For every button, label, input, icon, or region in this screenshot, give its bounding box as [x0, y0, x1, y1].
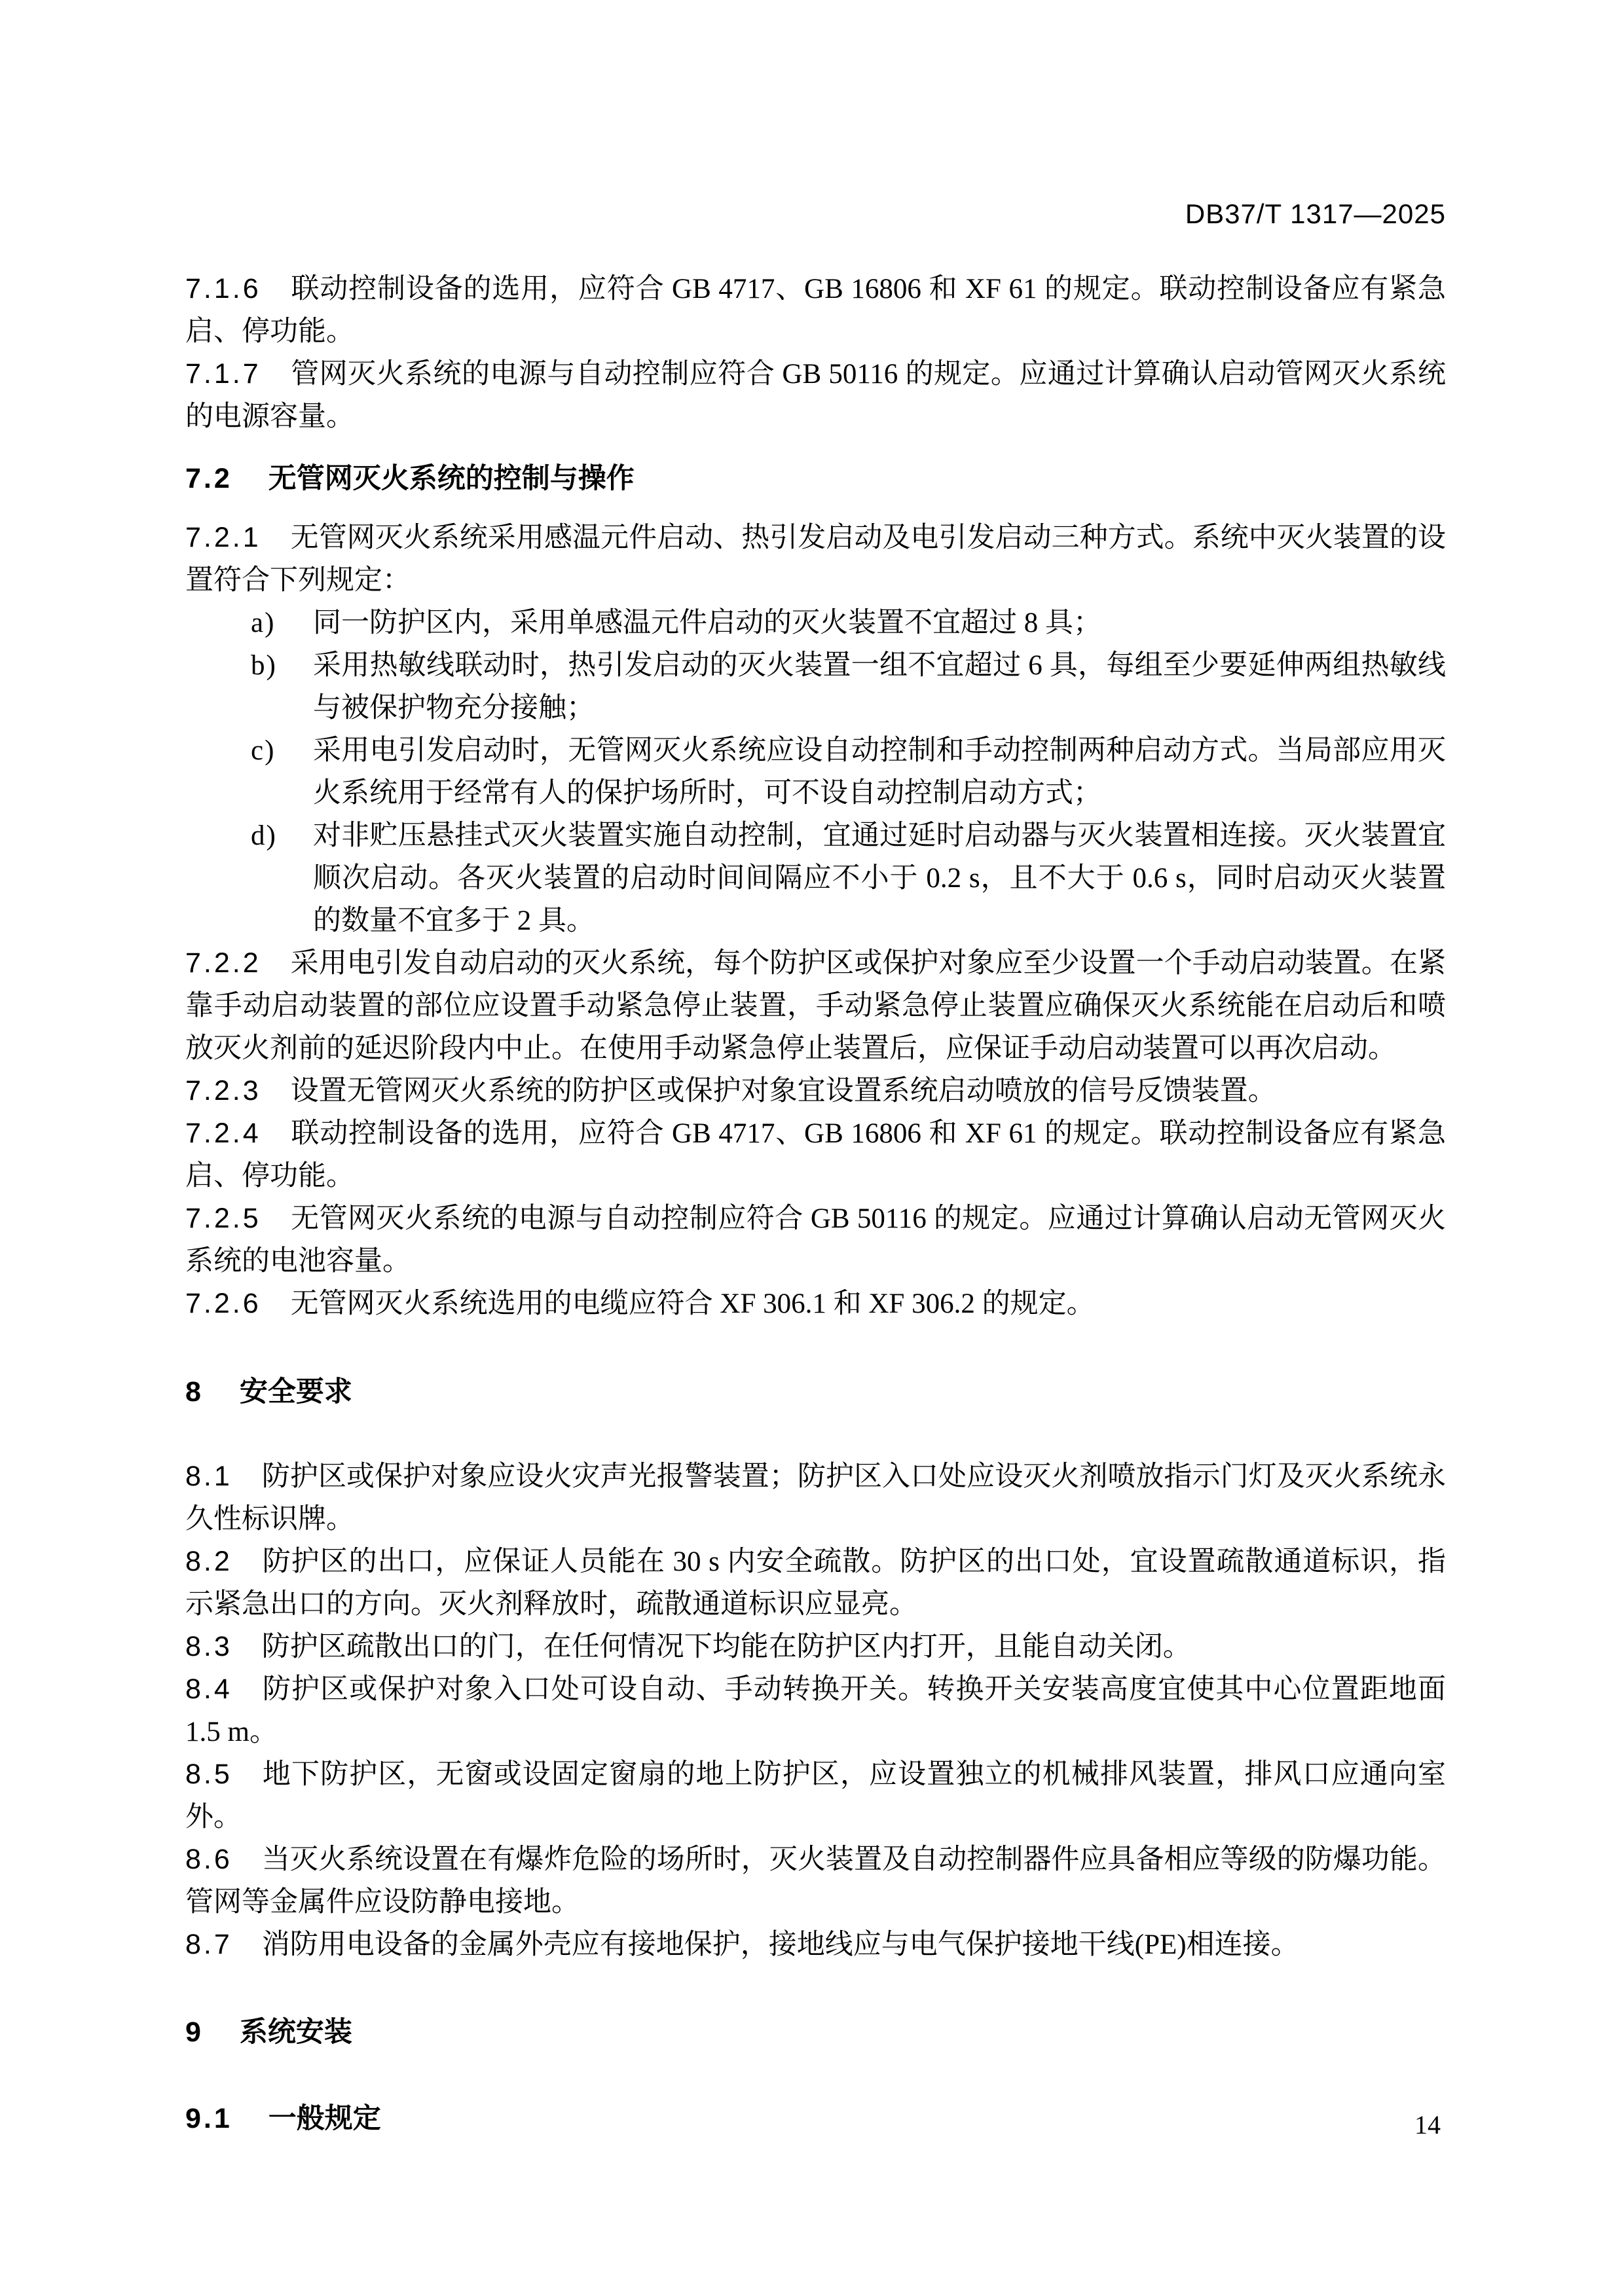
- clause-7-2-6: 7.2.6无管网灭火系统选用的电缆应符合 XF 306.1 和 XF 306.2…: [185, 1283, 1446, 1325]
- clause-8-5: 8.5地下防护区，无窗或设固定窗扇的地上防护区，应设置独立的机械排风装置，排风口…: [185, 1753, 1446, 1838]
- clause-text: 联动控制设备的选用，应符合 GB 4717、GB 16806 和 XF 61 的…: [185, 274, 1446, 347]
- list-label: d): [251, 814, 277, 857]
- clause-number: 7.2.5: [185, 1203, 261, 1234]
- clause-text: 防护区或保护对象入口处可设自动、手动转换开关。转换开关安装高度宜使其中心位置距地…: [185, 1674, 1446, 1747]
- list-item-b: b)采用热敏线联动时，热引发启动的灭火装置一组不宜超过 6 具，每组至少要延伸两…: [185, 644, 1446, 729]
- clause-text: 防护区或保护对象应设火灾声光报警装置；防护区入口处应设灭火剂喷放指示门灯及灭火系…: [185, 1461, 1446, 1535]
- list-item-c: c)采用电引发启动时，无管网灭火系统应设自动控制和手动控制两种启动方式。当局部应…: [185, 729, 1446, 814]
- heading-9: 9系统安装: [185, 2011, 1446, 2054]
- list-label: a): [251, 602, 275, 644]
- heading-number: 7.2: [185, 463, 232, 494]
- clause-number: 8.1: [185, 1461, 232, 1492]
- clause-number: 8.3: [185, 1631, 232, 1662]
- list-text: 对非贮压悬挂式灭火装置实施自动控制，宜通过延时启动器与灭火装置相连接。灭火装置宜…: [313, 820, 1446, 936]
- clause-text: 防护区疏散出口的门，在任何情况下均能在防护区内打开，且能自动关闭。: [262, 1631, 1191, 1662]
- clause-number: 7.2.6: [185, 1288, 261, 1319]
- clause-number: 7.2.1: [185, 522, 261, 553]
- clause-number: 8.4: [185, 1673, 232, 1705]
- list-item-d: d)对非贮压悬挂式灭火装置实施自动控制，宜通过延时启动器与灭火装置相连接。灭火装…: [185, 814, 1446, 942]
- clause-7-2-2: 7.2.2采用电引发自动启动的灭火系统，每个防护区或保护对象应至少设置一个手动启…: [185, 942, 1446, 1070]
- list-label: b): [251, 644, 277, 687]
- clause-8-2: 8.2防护区的出口，应保证人员能在 30 s 内安全疏散。防护区的出口处，宜设置…: [185, 1540, 1446, 1626]
- list-text: 采用电引发启动时，无管网灭火系统应设自动控制和手动控制两种启动方式。当局部应用灭…: [313, 735, 1446, 809]
- heading-text: 安全要求: [240, 1376, 352, 1408]
- clause-text: 防护区的出口，应保证人员能在 30 s 内安全疏散。防护区的出口处，宜设置疏散通…: [185, 1546, 1446, 1620]
- clause-7-2-4: 7.2.4联动控制设备的选用，应符合 GB 4717、GB 16806 和 XF…: [185, 1112, 1446, 1197]
- heading-number: 9: [185, 2016, 204, 2048]
- heading-9-1: 9.1一般规定: [185, 2098, 1446, 2140]
- clause-number: 8.6: [185, 1844, 232, 1875]
- list-item-a: a)同一防护区内，采用单感温元件启动的灭火装置不宜超过 8 具；: [185, 602, 1446, 644]
- document-body: 7.1.6联动控制设备的选用，应符合 GB 4717、GB 16806 和 XF…: [185, 268, 1446, 2140]
- clause-number: 8.2: [185, 1546, 232, 1577]
- clause-8-1: 8.1防护区或保护对象应设火灾声光报警装置；防护区入口处应设灭火剂喷放指示门灯及…: [185, 1455, 1446, 1540]
- heading-8: 8安全要求: [185, 1371, 1446, 1413]
- heading-text: 无管网灭火系统的控制与操作: [268, 463, 635, 494]
- heading-number: 9.1: [185, 2103, 232, 2134]
- heading-text: 系统安装: [240, 2016, 352, 2048]
- clause-number: 7.2.2: [185, 947, 261, 979]
- clause-text: 当灭火系统设置在有爆炸危险的场所时，灭火装置及自动控制器件应具备相应等级的防爆功…: [185, 1844, 1446, 1918]
- clause-text: 地下防护区，无窗或设固定窗扇的地上防护区，应设置独立的机械排风装置，排风口应通向…: [185, 1759, 1446, 1832]
- clause-8-7: 8.7消防用电设备的金属外壳应有接地保护，接地线应与电气保护接地干线(PE)相连…: [185, 1923, 1446, 1966]
- clause-text: 无管网灭火系统采用感温元件启动、热引发启动及电引发启动三种方式。系统中灭火装置的…: [185, 522, 1446, 596]
- clause-text: 无管网灭火系统选用的电缆应符合 XF 306.1 和 XF 306.2 的规定。: [291, 1288, 1095, 1319]
- heading-7-2: 7.2无管网灭火系统的控制与操作: [185, 458, 1446, 500]
- list-text: 采用热敏线联动时，热引发启动的灭火装置一组不宜超过 6 具，每组至少要延伸两组热…: [313, 650, 1446, 723]
- clause-number: 7.2.3: [185, 1075, 261, 1106]
- clause-7-2-5: 7.2.5无管网灭火系统的电源与自动控制应符合 GB 50116 的规定。应通过…: [185, 1197, 1446, 1283]
- clause-8-6: 8.6当灭火系统设置在有爆炸危险的场所时，灭火装置及自动控制器件应具备相应等级的…: [185, 1838, 1446, 1923]
- clause-7-2-1: 7.2.1无管网灭火系统采用感温元件启动、热引发启动及电引发启动三种方式。系统中…: [185, 517, 1446, 602]
- clause-number: 7.1.6: [185, 273, 261, 304]
- document-page: DB37/T 1317—2025 7.1.6联动控制设备的选用，应符合 GB 4…: [0, 0, 1624, 2296]
- clause-text: 采用电引发自动启动的灭火系统，每个防护区或保护对象应至少设置一个手动启动装置。在…: [185, 948, 1446, 1064]
- clause-7-1-7: 7.1.7管网灭火系统的电源与自动控制应符合 GB 50116 的规定。应通过计…: [185, 353, 1446, 438]
- clause-text: 无管网灭火系统的电源与自动控制应符合 GB 50116 的规定。应通过计算确认启…: [185, 1203, 1446, 1277]
- clause-text: 管网灭火系统的电源与自动控制应符合 GB 50116 的规定。应通过计算确认启动…: [185, 359, 1446, 432]
- clause-number: 7.2.4: [185, 1118, 261, 1149]
- list-text: 同一防护区内，采用单感温元件启动的灭火装置不宜超过 8 具；: [313, 608, 1101, 638]
- standard-code-header: DB37/T 1317—2025: [1185, 198, 1446, 230]
- clause-number: 8.7: [185, 1929, 232, 1960]
- clause-7-1-6: 7.1.6联动控制设备的选用，应符合 GB 4717、GB 16806 和 XF…: [185, 268, 1446, 353]
- clause-8-4: 8.4防护区或保护对象入口处可设自动、手动转换开关。转换开关安装高度宜使其中心位…: [185, 1668, 1446, 1753]
- clause-text: 消防用电设备的金属外壳应有接地保护，接地线应与电气保护接地干线(PE)相连接。: [262, 1929, 1299, 1960]
- clause-number: 7.1.7: [185, 358, 261, 390]
- clause-number: 8.5: [185, 1758, 232, 1790]
- clause-8-3: 8.3防护区疏散出口的门，在任何情况下均能在防护区内打开，且能自动关闭。: [185, 1626, 1446, 1668]
- list-label: c): [251, 729, 275, 772]
- page-number: 14: [1414, 2109, 1441, 2141]
- clause-7-2-3: 7.2.3设置无管网灭火系统的防护区或保护对象宜设置系统启动喷放的信号反馈装置。: [185, 1070, 1446, 1112]
- heading-number: 8: [185, 1376, 204, 1408]
- clause-text: 联动控制设备的选用，应符合 GB 4717、GB 16806 和 XF 61 的…: [185, 1118, 1446, 1192]
- clause-text: 设置无管网灭火系统的防护区或保护对象宜设置系统启动喷放的信号反馈装置。: [291, 1076, 1276, 1106]
- heading-text: 一般规定: [268, 2103, 381, 2134]
